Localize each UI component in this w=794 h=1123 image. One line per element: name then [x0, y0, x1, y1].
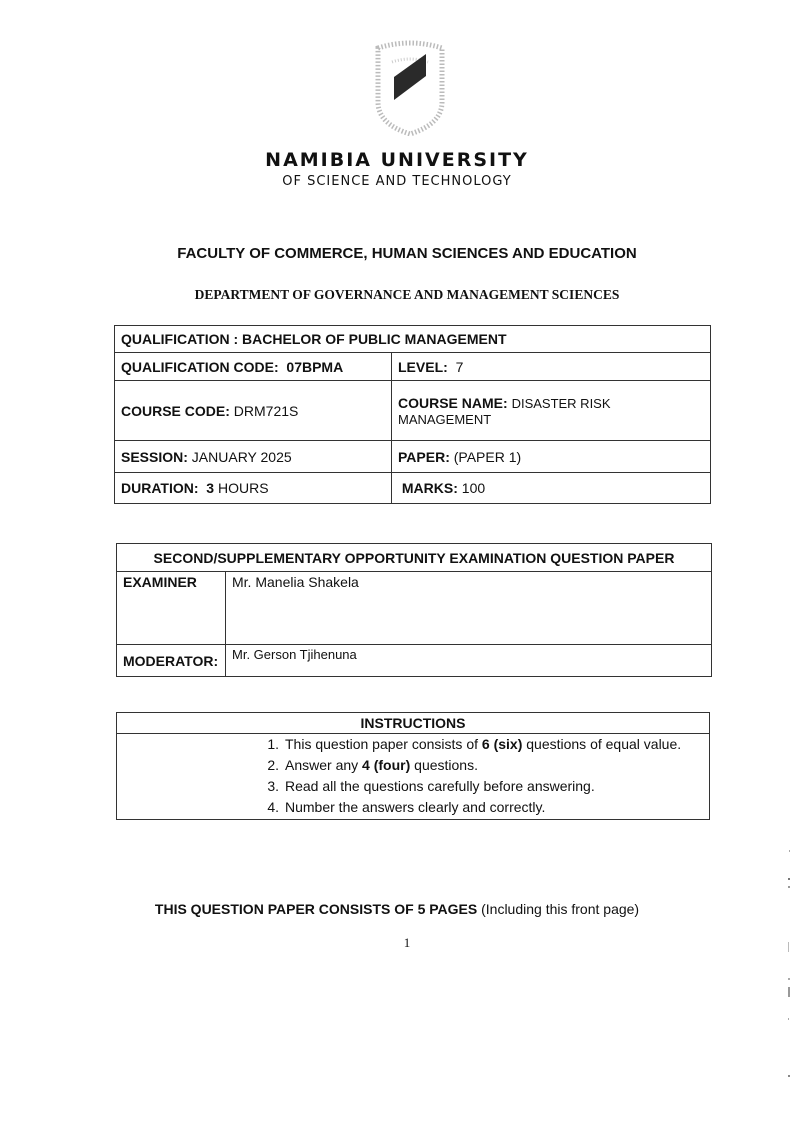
instructions-title: INSTRUCTIONS: [117, 713, 710, 734]
instruction-item: 3.Read all the questions carefully befor…: [255, 776, 709, 797]
instruction-text: Answer any: [285, 757, 362, 773]
paper-cell: PAPER: (PAPER 1): [392, 441, 711, 473]
instructions-table: INSTRUCTIONS 1.This question paper consi…: [116, 712, 710, 820]
instruction-emphasis: 6 (six): [482, 736, 522, 752]
duration-value-unit: HOURS: [218, 480, 269, 496]
instruction-text: Read all the questions carefully before …: [285, 778, 595, 794]
examination-table: SECOND/SUPPLEMENTARY OPPORTUNITY EXAMINA…: [116, 543, 712, 677]
instruction-text-end: questions.: [410, 757, 478, 773]
instruction-number: 1.: [255, 734, 279, 755]
university-name: NAMIBIA UNIVERSITY: [0, 149, 794, 171]
course-code-value: DRM721S: [234, 403, 299, 419]
instructions-list: 1.This question paper consists of 6 (six…: [117, 734, 709, 818]
marks-cell: MARKS: 100: [392, 473, 711, 504]
marks-label: MARKS:: [402, 480, 458, 496]
instruction-text: This question paper consists of: [285, 736, 482, 752]
instruction-number: 3.: [255, 776, 279, 797]
instruction-number: 4.: [255, 797, 279, 818]
university-subtitle: OF SCIENCE AND TECHNOLOGY: [0, 174, 794, 189]
page-count-rest: (Including this front page): [477, 901, 639, 917]
session-cell: SESSION: JANUARY 2025: [115, 441, 392, 473]
examination-title: SECOND/SUPPLEMENTARY OPPORTUNITY EXAMINA…: [117, 544, 712, 572]
session-label: SESSION:: [121, 449, 188, 465]
nust-shield-logo-icon: [368, 40, 452, 136]
level-value: 7: [456, 359, 464, 375]
level-cell: LEVEL: 7: [392, 353, 711, 381]
instruction-number: 2.: [255, 755, 279, 776]
qualification-cell: QUALIFICATION : BACHELOR OF PUBLIC MANAG…: [115, 326, 711, 353]
moderator-label: MODERATOR:: [117, 645, 226, 677]
department-heading: DEPARTMENT OF GOVERNANCE AND MANAGEMENT …: [0, 287, 794, 303]
course-name-cell: COURSE NAME: DISASTER RISK MANAGEMENT: [392, 381, 711, 441]
level-label: LEVEL:: [398, 359, 448, 375]
course-name-label: COURSE NAME:: [398, 395, 508, 411]
paper-value: (PAPER 1): [454, 449, 521, 465]
examiner-value: Mr. Manelia Shakela: [226, 572, 712, 645]
page-count-bold: THIS QUESTION PAPER CONSISTS OF 5 PAGES: [155, 901, 477, 917]
instruction-item: 4.Number the answers clearly and correct…: [255, 797, 709, 818]
scan-artifact: [788, 850, 792, 1080]
course-code-cell: COURSE CODE: DRM721S: [115, 381, 392, 441]
marks-value: 100: [462, 480, 485, 496]
instruction-item: 2.Answer any 4 (four) questions.: [255, 755, 709, 776]
page-count-note: THIS QUESTION PAPER CONSISTS OF 5 PAGES …: [0, 901, 794, 917]
duration-value-number: 3: [206, 480, 214, 496]
session-value: JANUARY 2025: [192, 449, 292, 465]
qualification-code-label: QUALIFICATION CODE:: [121, 359, 279, 375]
paper-label: PAPER:: [398, 449, 450, 465]
page-number: 1: [0, 935, 794, 951]
instruction-item: 1.This question paper consists of 6 (six…: [255, 734, 709, 755]
instruction-text: Number the answers clearly and correctly…: [285, 799, 545, 815]
faculty-heading: FACULTY OF COMMERCE, HUMAN SCIENCES AND …: [0, 245, 794, 262]
qualification-label: QUALIFICATION : BACHELOR OF PUBLIC MANAG…: [121, 331, 507, 347]
course-code-label: COURSE CODE:: [121, 403, 230, 419]
qualification-code-value: 07BPMA: [286, 359, 343, 375]
qualification-code-cell: QUALIFICATION CODE: 07BPMA: [115, 353, 392, 381]
instruction-emphasis: 4 (four): [362, 757, 410, 773]
instruction-text-end: questions of equal value.: [522, 736, 681, 752]
duration-cell: DURATION: 3 HOURS: [115, 473, 392, 504]
examiner-label: EXAMINER: [117, 572, 226, 645]
moderator-value: Mr. Gerson Tjihenuna: [226, 645, 712, 677]
instructions-body: 1.This question paper consists of 6 (six…: [117, 734, 710, 820]
duration-label: DURATION:: [121, 480, 199, 496]
qualification-table: QUALIFICATION : BACHELOR OF PUBLIC MANAG…: [114, 325, 711, 504]
